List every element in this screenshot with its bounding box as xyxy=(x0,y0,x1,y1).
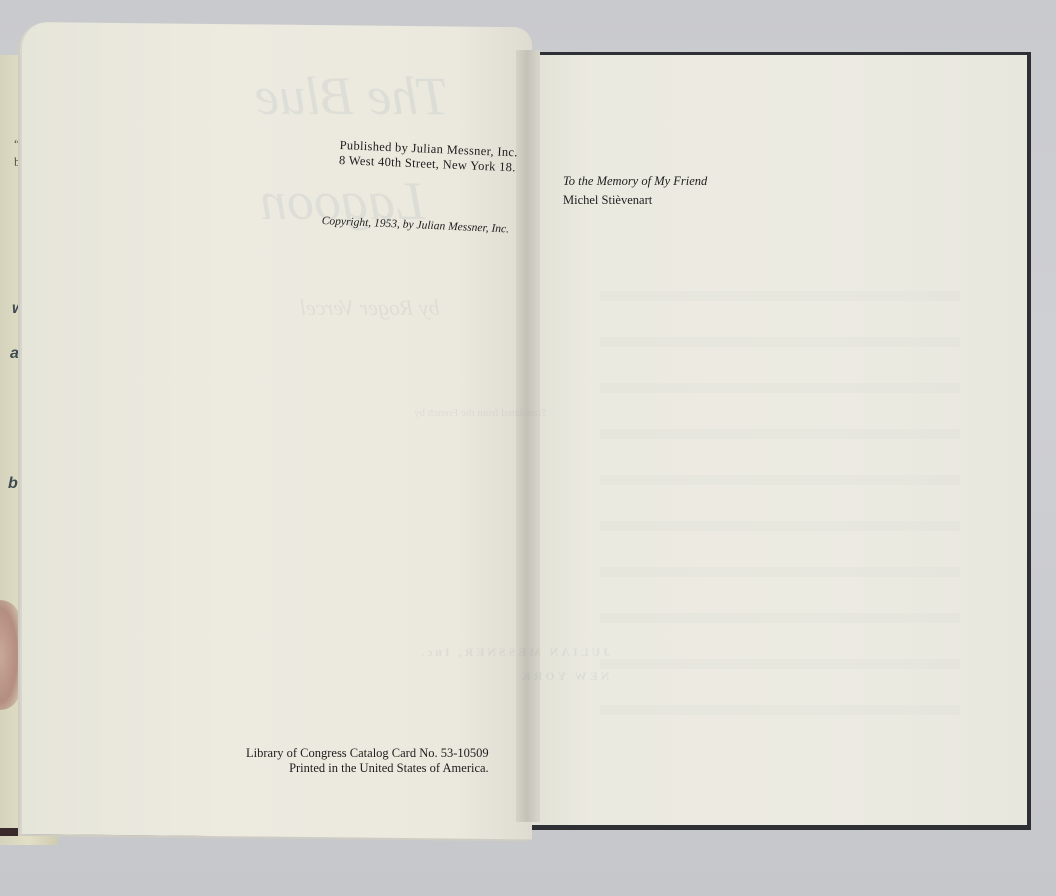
catalog-info: Library of Congress Catalog Card No. 53-… xyxy=(246,746,489,776)
show-through-contents xyxy=(600,255,960,735)
show-through-publisher: JULIAN MESSNER, Inc. NEW YORK xyxy=(418,640,609,688)
show-through-credit: Translated from the French by xyxy=(414,405,547,422)
hand-thumb xyxy=(0,600,20,710)
show-through-author: by Roger Vercel xyxy=(300,295,440,321)
show-through-title: The Blue xyxy=(255,65,448,127)
dedication: To the Memory of My Friend Michel Stiève… xyxy=(563,172,707,210)
jacket-letter: b xyxy=(8,475,18,493)
jacket-letter: a xyxy=(10,345,19,363)
book-gutter xyxy=(516,50,540,822)
